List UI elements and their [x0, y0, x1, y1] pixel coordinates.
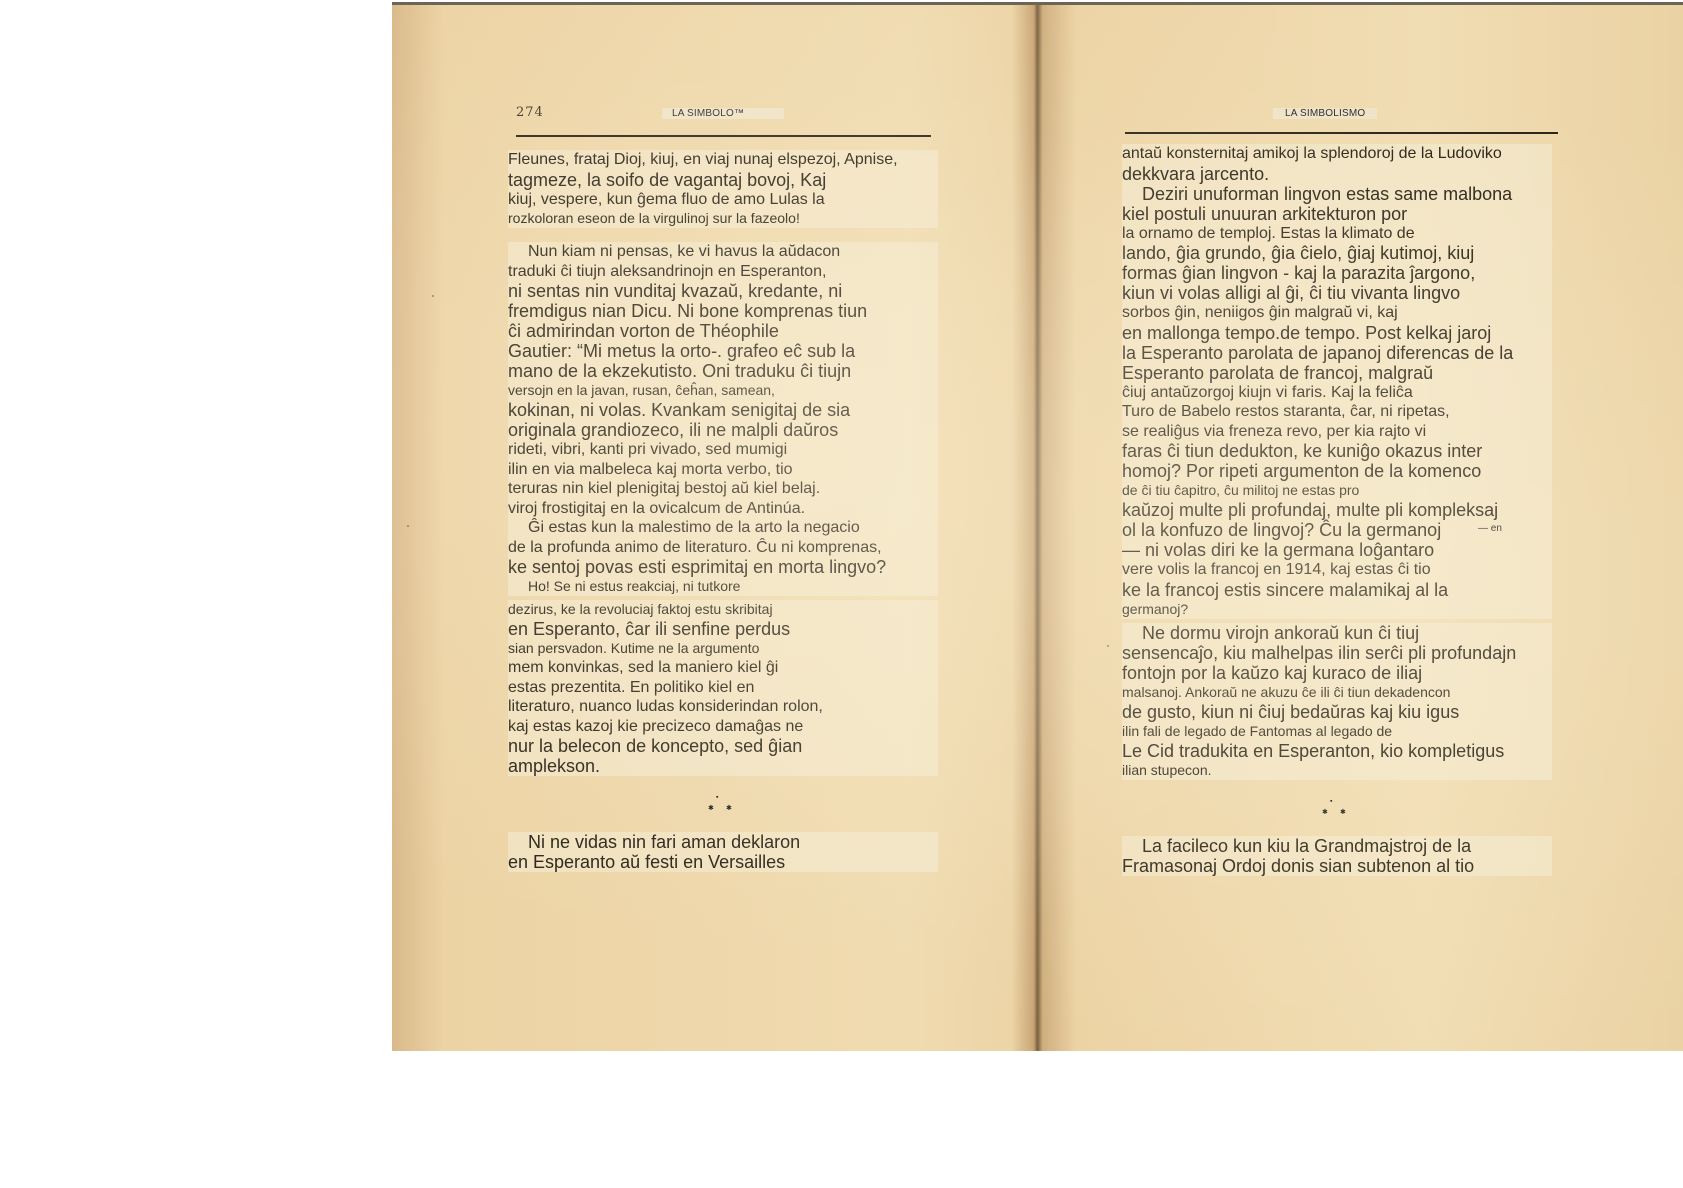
text-line: Gautier: “Mi metus la orto-. grafeo eĉ s… [508, 341, 938, 361]
right-page: LA SIMBOLISMO 275 antaŭ konsternitaj ami… [1038, 5, 1683, 1045]
text-line: en Esperanto, ĉar ili senfine perdus [508, 619, 938, 639]
text-line: literaturo, nuanco ludas konsiderindan r… [508, 697, 938, 717]
asterism-divider: ▪✱✱ [508, 776, 938, 832]
text-line: lando, ĝia grundo, ĝia ĉielo, ĝiaj kutim… [1122, 243, 1552, 263]
text-line: malsanoj. Ankoraŭ ne akuzu ĉe ili ĉi tiu… [1122, 683, 1552, 702]
paragraph-gap [508, 228, 938, 242]
text-line: estas prezentita. En politiko kiel en [508, 678, 938, 698]
left-page: 274 LA SIMBOLO™ Fleunes, frataj Dioj, ki… [392, 5, 1032, 1045]
text-line: traduki ĉi tiujn aleksandrinojn en Esper… [508, 262, 938, 282]
text-line: ilian stupecon. [1122, 761, 1552, 780]
text-line: originala grandiozeco, ili ne malpli daŭ… [508, 420, 938, 440]
text-line: kaj estas kazoj kie precizeco damaĝas ne [508, 717, 938, 737]
text-line: ĉiuj antaŭzorgoj kiujn vi faris. Kaj la … [1122, 383, 1552, 403]
text-line: ni sentas nin vunditaj kvazaŭ, kredante,… [508, 281, 938, 301]
text-line: kiel postuli unuuran arkitekturon por [1122, 204, 1552, 224]
text-line: amplekson. [508, 756, 938, 776]
header-rule [1125, 132, 1558, 134]
text-line: ilin en via malbeleca kaj morta verbo, t… [508, 460, 938, 480]
text-line: viroj frostigitaj en la ovicalcum de Ant… [508, 499, 938, 519]
text-line: kiuj, vespere, kun ĝema fluo de amo Lula… [508, 190, 938, 210]
text-line: faras ĉi tiun dedukton, ke kuniĝo okazus… [1122, 441, 1552, 461]
text-line: en mallonga tempo.de tempo. Post kelkaj … [1122, 323, 1552, 343]
scan-speck [407, 525, 409, 527]
text-line: la ornamo de temploj. Estas la klimato d… [1122, 224, 1552, 244]
text-line: mano de la ekzekutisto. Oni traduku ĉi t… [508, 361, 938, 381]
asterism-star-icon: ▪ [1330, 798, 1332, 805]
text-line: germanoj? [1122, 600, 1552, 619]
text-line: de gusto, kiun ni ĉiuj bedaŭras kaj kiu … [1122, 702, 1552, 722]
text-line: dezirus, ke la revoluciaj faktoj estu sk… [508, 600, 938, 619]
asterism-star-icon: ✱ [1322, 808, 1328, 816]
text-line: teruras nin kiel plenigitaj bestoj aŭ ki… [508, 479, 938, 499]
text-line: homoj? Por ripeti argumenton de la komen… [1122, 461, 1552, 481]
text-line: dekkvara jarcento. [1122, 164, 1552, 184]
text-line: antaŭ konsternitaj amikoj la splendoroj … [1122, 144, 1552, 164]
asterism-star-icon: ✱ [726, 804, 732, 812]
asterism-star-icon: ▪ [716, 794, 718, 801]
text-line: ke la francoj estis sincere malamikaj al… [1122, 580, 1552, 600]
text-line: kokinan, ni volas. Kvankam senigitaj de … [508, 400, 938, 420]
text-line: versojn en la javan, rusan, ĉeĥan, samea… [508, 381, 938, 400]
text-line: Turo de Babelo restos staranta, ĉar, ni … [1122, 402, 1552, 422]
text-line: sian persvadon. Kutime ne la argumento [508, 639, 938, 658]
scan-speck [432, 295, 434, 297]
text-line: Ne dormu virojn ankoraŭ kun ĉi tiuj [1122, 623, 1552, 643]
text-line: sensencaĵo, kiu malhelpas ilin serĉi pli… [1122, 643, 1552, 663]
text-line: ĉi admirindan vorton de Théophile [508, 321, 938, 341]
page-number: 274 [516, 105, 544, 120]
text-line: — ni volas diri ke la germana loĝantaro [1122, 540, 1552, 560]
text-line: Nun kiam ni pensas, ke vi havus la aŭdac… [508, 242, 938, 262]
text-line: Ĝi estas kun la malestimo de la arto la … [508, 518, 938, 538]
text-line: kiun vi volas alligi al ĝi, ĉi tiu vivan… [1122, 283, 1552, 303]
text-line: Esperanto parolata de francoj, malgraŭ [1122, 363, 1552, 383]
text-line: La facileco kun kiu la Grandmajstroj de … [1122, 836, 1552, 856]
text-line: rideti, vibri, kanti pri vivado, sed mum… [508, 440, 938, 460]
running-head: LA SIMBOLO™ [662, 108, 784, 119]
text-line: Deziri unuforman lingvon estas same malb… [1122, 184, 1552, 204]
scan-speck [1107, 645, 1109, 647]
book-spread: 274 LA SIMBOLO™ Fleunes, frataj Dioj, ki… [392, 2, 1683, 1051]
text-line: sorbos ĝin, neniigos ĝin malgraŭ vi, kaj [1122, 303, 1552, 323]
text-line: Ni ne vidas nin fari aman deklaron [508, 832, 938, 852]
margin-note: — en [1478, 523, 1502, 534]
asterism-star-icon: ✱ [1340, 808, 1346, 816]
text-line: de ĉi tiu ĉapitro, ĉu militoj ne estas p… [1122, 481, 1552, 500]
text-line: Ho! Se ni estus reakciaj, ni tutkore [508, 577, 938, 596]
text-line: formas ĝian lingvon - kaj la parazita ĵa… [1122, 263, 1552, 283]
text-line: vere volis la francoj en 1914, kaj estas… [1122, 560, 1552, 580]
text-line: Framasonaj Ordoj donis sian subtenon al … [1122, 856, 1552, 876]
text-line: se realiĝus via freneza revo, per kia ra… [1122, 422, 1552, 442]
asterism-star-icon: ✱ [708, 804, 714, 812]
text-line: Fleunes, frataj Dioj, kiuj, en viaj nuna… [508, 150, 938, 170]
text-line: ke sentoj povas esti esprimitaj en morta… [508, 557, 938, 577]
text-line: fontojn por la kaŭzo kaj kuraco de iliaj [1122, 663, 1552, 683]
body-text: antaŭ konsternitaj amikoj la splendoroj … [1122, 144, 1582, 876]
text-line: de la profunda animo de literaturo. Ĉu n… [508, 538, 938, 558]
running-head: LA SIMBOLISMO [1273, 108, 1377, 119]
header-rule [516, 135, 931, 137]
body-text: Fleunes, frataj Dioj, kiuj, en viaj nuna… [508, 150, 938, 872]
text-line: tagmeze, la soifo de vagantaj bovoj, Kaj [508, 170, 938, 190]
text-line: ilin fali de legado de Fantomas al legad… [1122, 722, 1552, 741]
text-line: nur la belecon de koncepto, sed ĝian [508, 736, 938, 756]
text-line: la Esperanto parolata de japanoj diferen… [1122, 343, 1552, 363]
text-line: kaŭzoj multe pli profundaj, multe pli ko… [1122, 500, 1552, 520]
text-line: Le Cid tradukita en Esperanton, kio komp… [1122, 741, 1552, 761]
text-line: mem konvinkas, sed la maniero kiel ĝi [508, 658, 938, 678]
asterism-divider: ▪✱✱ [1122, 780, 1582, 836]
text-line: rozkoloran eseon de la virgulinoj sur la… [508, 209, 938, 228]
text-line: en Esperanto aŭ festi en Versailles [508, 852, 938, 872]
text-line: fremdigus nian Dicu. Ni bone komprenas t… [508, 301, 938, 321]
